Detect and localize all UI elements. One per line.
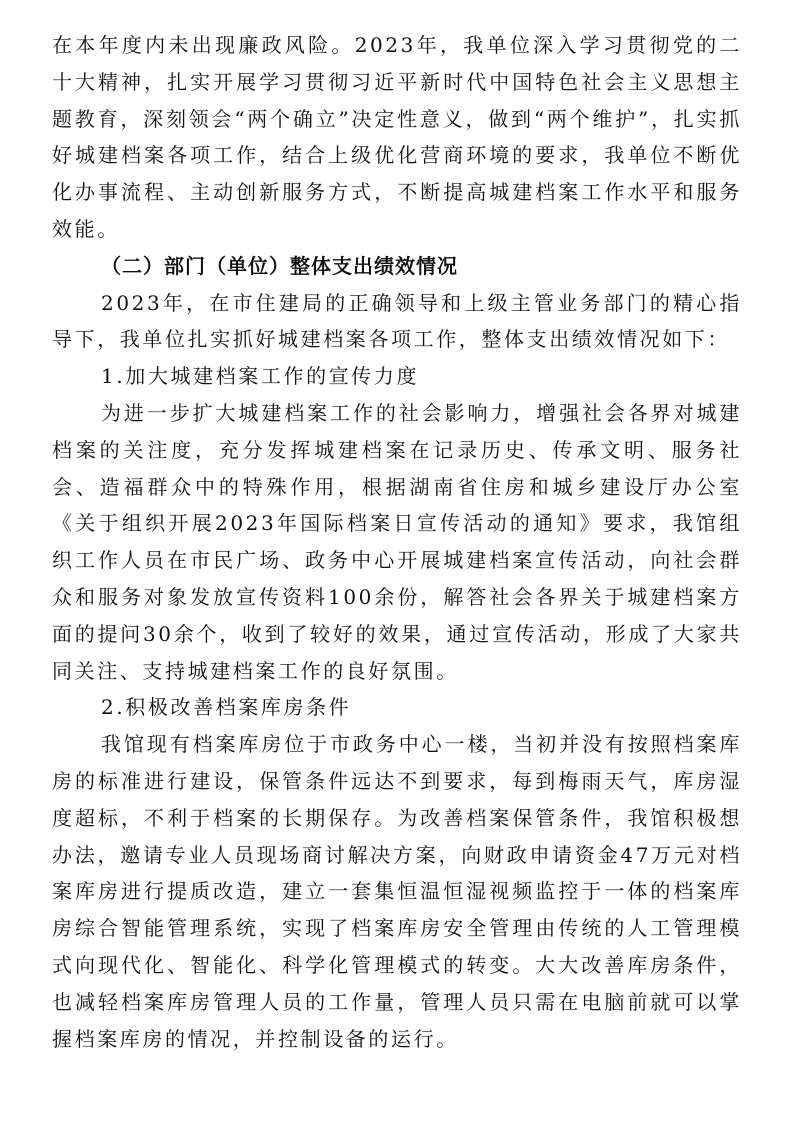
paragraph-publicity: 为进一步扩大城建档案工作的社会影响力，增强社会各界对城建档案的关注度，充分发挥城… [52, 395, 742, 689]
section-heading-overall-expenditure-performance: （二）部门（单位）整体支出绩效情况 [52, 248, 742, 285]
paragraph-archive-storage: 我馆现有档案库房位于市政务中心一楼，当初并没有按照档案库房的标准进行建设，保管条… [52, 726, 742, 1057]
subheading-archive-storage: 2.积极改善档案库房条件 [52, 689, 742, 726]
document-page: 在本年度内未出现廉政风险。2023年，我单位深入学习贯彻党的二十大精神，扎实开展… [52, 27, 742, 1057]
paragraph-integrity-and-study: 在本年度内未出现廉政风险。2023年，我单位深入学习贯彻党的二十大精神，扎实开展… [52, 27, 742, 248]
paragraph-expenditure-intro: 2023年，在市住建局的正确领导和上级主管业务部门的精心指导下，我单位扎实抓好城… [52, 285, 742, 359]
subheading-publicity: 1.加大城建档案工作的宣传力度 [52, 358, 742, 395]
